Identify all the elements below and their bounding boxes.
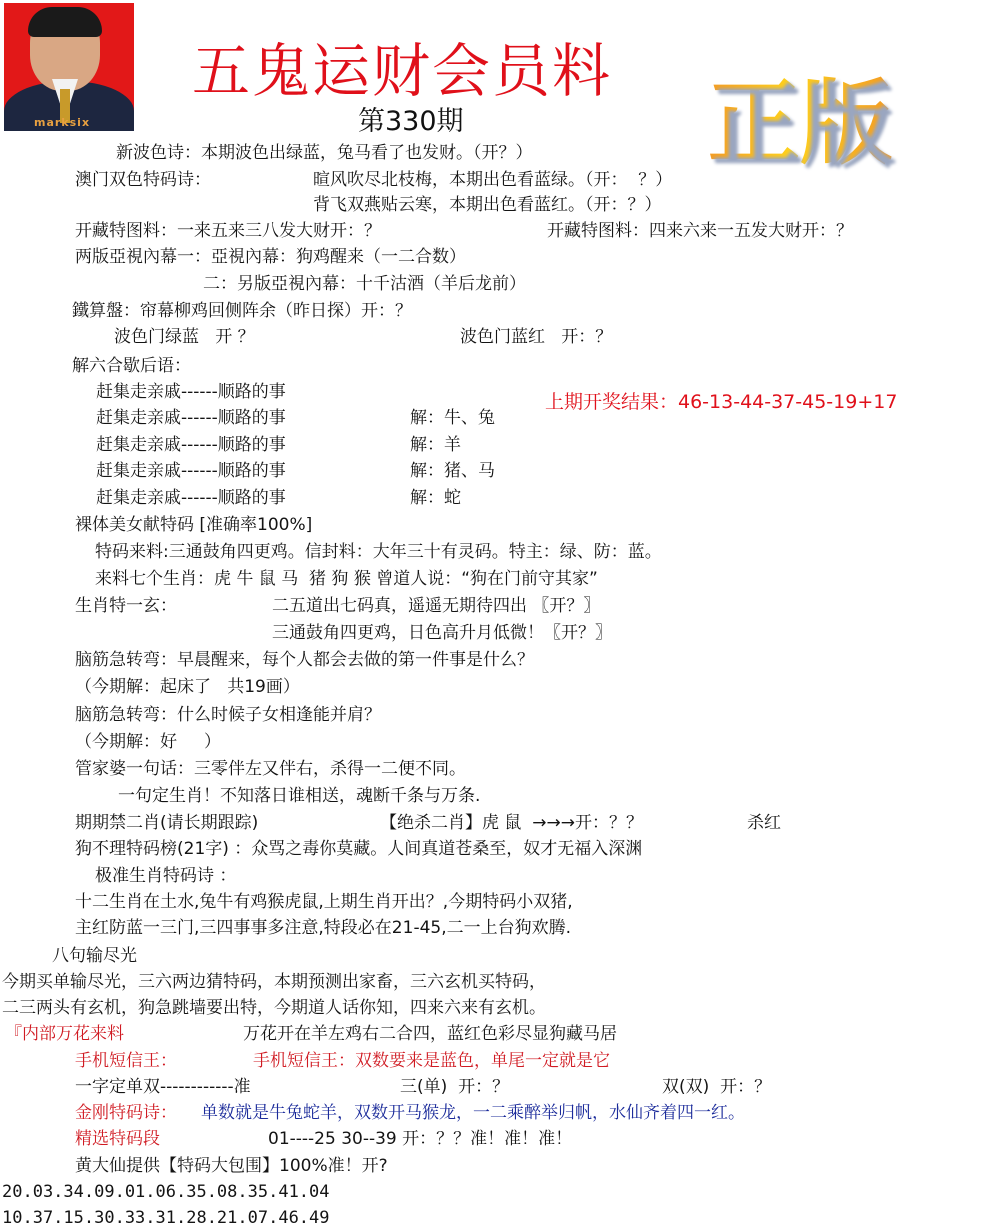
iron-abacus: 鐵算盤：帘幕柳鸡回侧阵余（昨日探）开：？ <box>72 300 412 322</box>
zodiac-poem-line1: 十二生肖在土水,兔牛有鸡猴虎鼠,上期生肖开出？,今期特码小双猪, <box>75 891 573 913</box>
brain-teaser-1-answer: （今期解：起床了 共19画） <box>75 676 300 698</box>
atv-insider-1: 两版亞視內幕一：亞視內幕：狗鸡醒来（一二合数） <box>75 246 466 268</box>
riddle-answer: 解：牛、兔 <box>410 407 495 429</box>
macau-poem-line1: 暄风吹尽北枝梅，本期出色看蓝绿。（开： ？） <box>313 169 672 191</box>
wave-color-poem: 新波色诗：本期波色出绿蓝，兔马看了也发财。（开？） <box>116 142 533 164</box>
zodiac-poem-line2: 主红防蓝一三门,三四事事多注意,特段必在21-45,二一上台狗欢腾. <box>75 917 571 939</box>
special-code-heading: 裸体美女献特码 [准确率100%] <box>75 514 312 536</box>
brain-teaser-2: 脑筋急转弯：什么时候子女相逢能并肩？ <box>75 704 381 726</box>
hidden-picture-left: 开藏特图料：一来五来三八发大财开：？ <box>75 220 381 242</box>
number-list-row-1: 20.03.34.09.01.06.35.08.35.41.04 <box>2 1181 330 1203</box>
eight-lines-1: 今期买单输尽光，三六两边猜特码，本期预测出家畜，三六玄机买特码， <box>2 971 546 993</box>
atv-insider-2: 二：另版亞視內幕：十千沽酒（羊后龙前） <box>203 273 526 295</box>
selected-range-values: 01----25 30--39 开：？？准！准！准！ <box>268 1128 572 1150</box>
vajra-poem-label: 金刚特码诗： <box>75 1102 177 1124</box>
housekeeper-saying: 管家婆一句话：三零伴左又伴右，杀得一二便不同。 <box>75 758 466 780</box>
riddle-answer: 解：猪、马 <box>410 460 495 482</box>
riddle-answer: 解：羊 <box>410 434 461 456</box>
odd-pick: 三(单) 开：？ <box>400 1076 509 1098</box>
sms-king-label: 手机短信王： <box>75 1050 177 1072</box>
page-title: 五鬼运财会员料 <box>192 36 612 106</box>
eight-lines-2: 二三两头有玄机，狗急跳墙要出特，今期道人话你知，四来六来有玄机。 <box>2 997 546 1019</box>
riddle-question: 赶集走亲戚------顺路的事 <box>96 460 286 482</box>
odd-even-label: 一字定单双------------准 <box>75 1076 251 1098</box>
wong-tai-sin-heading: 黄大仙提供【特码大包围】100%准！开? <box>75 1155 388 1177</box>
photo-hair <box>28 7 102 37</box>
accurate-zodiac-poem-label: 极准生肖特码诗 ： <box>95 865 236 887</box>
zodiac-mystery-label: 生肖特一玄： <box>75 595 177 617</box>
dog-ignore-chart: 狗不理特码榜(21字) ：众骂之毒你莫藏。人间真道苍桑至，奴才无福入深渊 <box>75 838 642 860</box>
eight-lines-heading: 八句输尽光 <box>52 945 137 967</box>
riddles-heading: 解六合歇后语： <box>72 355 191 377</box>
wave-blue-red: 波色门蓝红 开：？ <box>460 326 612 348</box>
sms-king-text: 手机短信王：双数要来是蓝色，单尾一定就是它 <box>253 1050 610 1072</box>
number-list-row-2: 10.37.15.30.33.31.28.21.07.46.49 <box>2 1207 330 1229</box>
macau-poem-line2: 背飞双燕贴云寒，本期出色看蓝红。（开：？） <box>313 194 662 216</box>
brain-teaser-2-answer: （今期解：好 ） <box>75 731 221 753</box>
banned-zodiacs-label: 期期禁二肖(请长期跟踪) <box>75 812 258 834</box>
wave-green-blue: 波色门绿蓝 开 ？ <box>114 326 255 348</box>
one-line-zodiac: 一句定生肖！不知落日谁相送，魂断千条与万条. <box>118 785 480 807</box>
internal-flower-text: 万花开在羊左鸡右二合四，蓝红色彩尽显狗藏马居 <box>243 1023 617 1045</box>
riddle-question: 赶集走亲戚------顺路的事 <box>96 407 286 429</box>
seven-zodiacs: 来料七个生肖：虎 牛 鼠 马 猪 狗 猴 曾道人说：“狗在门前守其家” <box>95 568 598 590</box>
zodiac-mystery-line1: 二五道出七码真，遥遥无期待四出 〖开？〗 <box>272 595 600 617</box>
riddle-question: 赶集走亲戚------顺路的事 <box>96 434 286 456</box>
kill-two-zodiacs: 【绝杀二肖】虎 鼠 →→→开：？？ <box>380 812 643 834</box>
macau-poem-label: 澳门双色特码诗： <box>75 169 211 191</box>
riddle-question: 赶集走亲戚------顺路的事 <box>96 487 286 509</box>
internal-flower-label: 『内部万花来料 <box>5 1023 124 1045</box>
issue-number: 第330期 <box>358 106 464 138</box>
riddle-question: 赶集走亲戚------顺路的事 <box>96 381 286 403</box>
riddle-answer: 解：蛇 <box>410 487 461 509</box>
authentic-stamp: 正版 <box>708 68 892 178</box>
last-draw-result: 上期开奖结果：46-13-44-37-45-19+17 <box>545 390 897 414</box>
kill-red: 杀红 <box>747 812 781 834</box>
brain-teaser-1: 脑筋急转弯：早晨醒来，每个人都会去做的第一件事是什么？ <box>75 649 534 671</box>
vajra-poem-text: 单数就是牛兔蛇羊，双数开马猴龙，一二乘醉举归帆，水仙齐着四一红。 <box>201 1102 745 1124</box>
even-pick: 双(双) 开：？ <box>662 1076 771 1098</box>
hidden-picture-right: 开藏特图料：四来六来一五发大财开：？ <box>547 220 853 242</box>
photo-brand-label: marksix <box>34 116 90 129</box>
zodiac-mystery-line2: 三通鼓角四更鸡，日色高升月低微！〖开？〗 <box>272 622 612 644</box>
host-photo: marksix <box>4 3 134 131</box>
selected-range-label: 精选特码段 <box>75 1128 160 1150</box>
special-code-source: 特码来料:三通鼓角四更鸡。信封料：大年三十有灵码。特主：绿、防：蓝。 <box>95 541 662 563</box>
